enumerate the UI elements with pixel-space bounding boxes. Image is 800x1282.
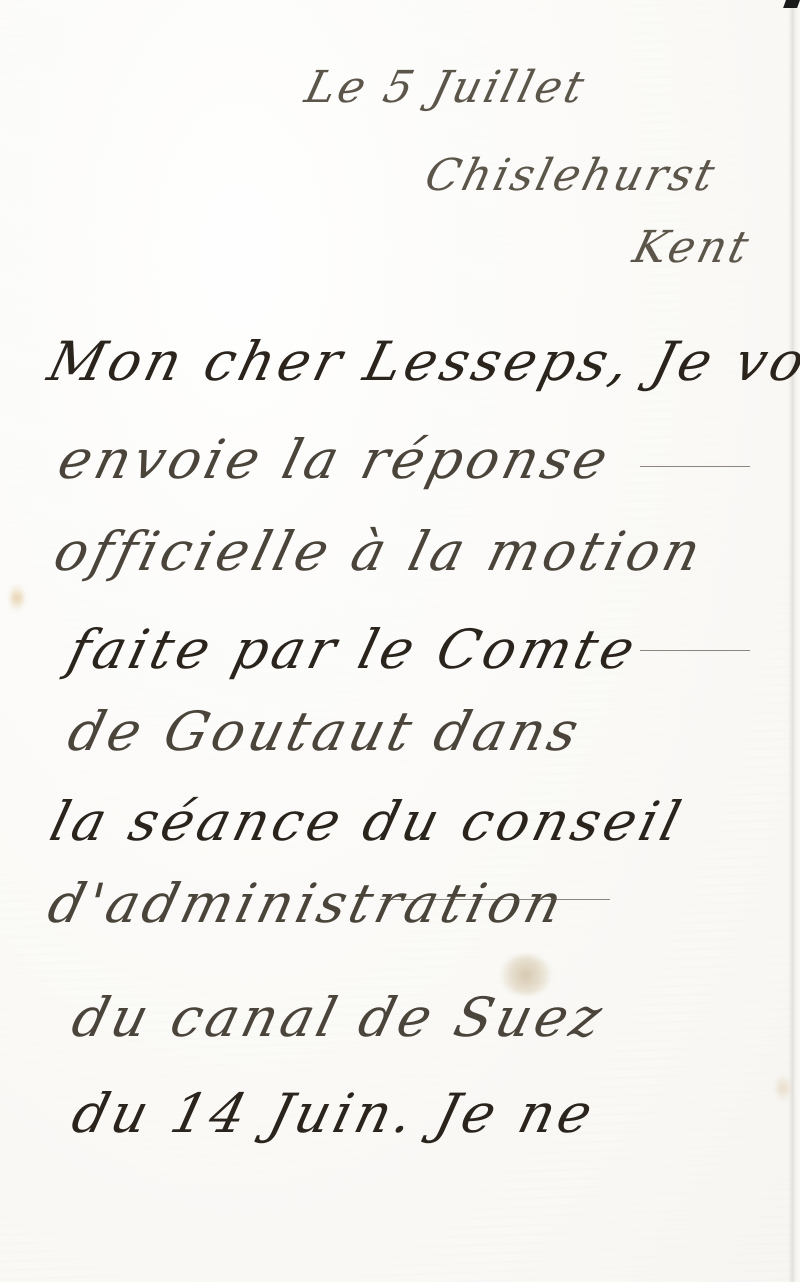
line-filler-stroke	[640, 650, 750, 651]
line-filler-stroke	[640, 466, 750, 467]
letter-line: officielle à la motion	[48, 520, 711, 583]
letter-place: Chislehurst	[420, 150, 722, 201]
scan-corner-shadow	[783, 0, 800, 8]
letter-county: Kent	[628, 222, 756, 273]
letter-date: Le 5 Juillet	[300, 62, 592, 113]
paper-stain	[776, 1075, 790, 1101]
letter-line: du canal de Suez	[66, 986, 612, 1049]
letter-line: envoie la réponse	[52, 428, 618, 491]
letter-line: Mon cher Lesseps, Je vous	[42, 330, 800, 393]
line-filler-stroke	[380, 899, 610, 900]
letter-line: faite par le Comte	[62, 618, 645, 681]
letter-line: la séance du conseil	[44, 790, 691, 853]
letter-line: d'administration	[42, 872, 572, 935]
letter-line: du 14 Juin. Je ne	[66, 1082, 602, 1145]
letter-line: de Goutaut dans	[62, 700, 589, 763]
letter-page: Le 5 Juillet Chislehurst Kent Mon cher L…	[0, 0, 800, 1282]
paper-stain	[10, 585, 24, 611]
